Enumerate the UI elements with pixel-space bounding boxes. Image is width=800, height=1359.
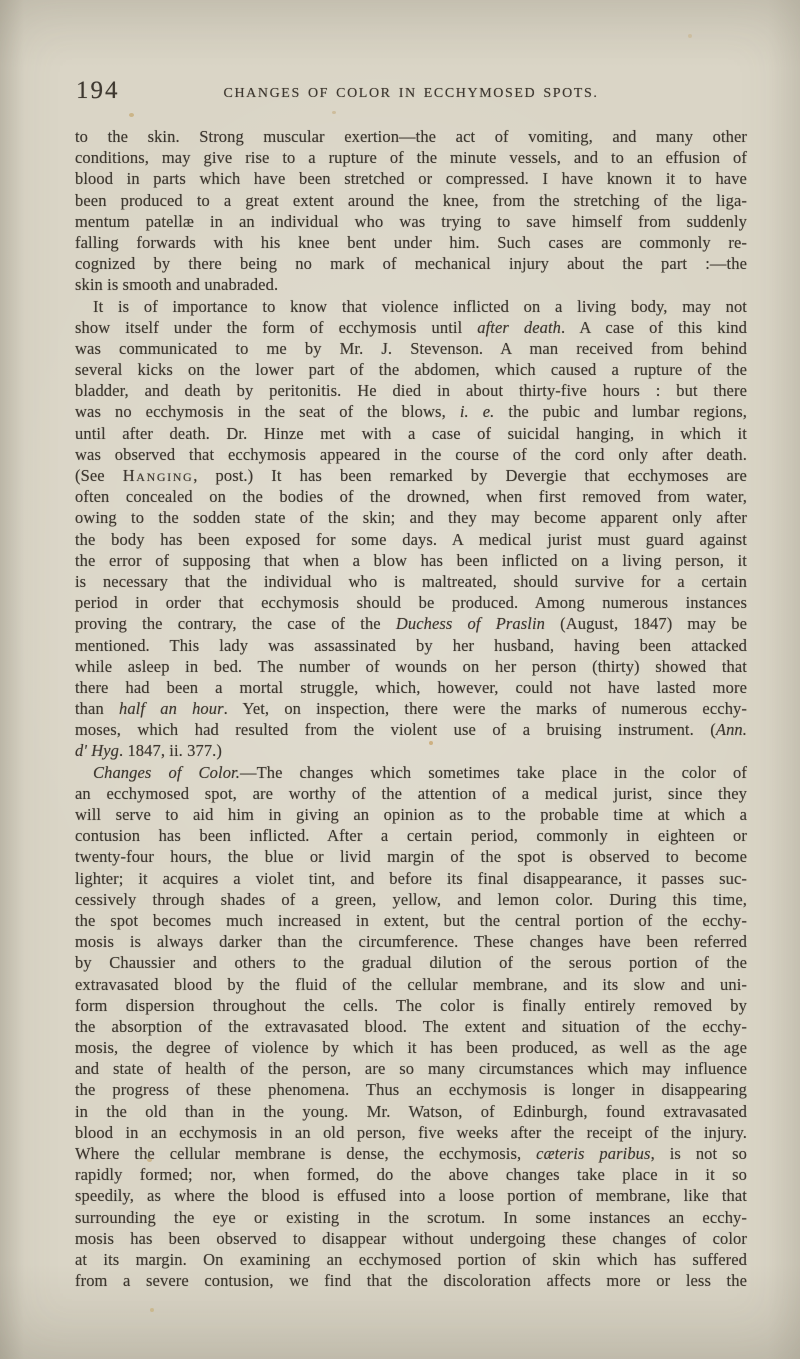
body-text: It is of importance to know that violenc… <box>93 297 747 316</box>
text-line: mosis, the degree of violence by which i… <box>75 1037 747 1058</box>
text-line: the progress of these phenomena. Thus an… <box>75 1079 747 1100</box>
italic-text: i. e. <box>460 402 495 421</box>
body-text: while asleep in bed. The number of wound… <box>75 657 747 676</box>
smallcaps-text: Hanging <box>123 466 193 485</box>
text-line: the error of supposing that when a blow … <box>75 550 747 571</box>
text-line: contusion has been inflicted. After a ce… <box>75 825 747 846</box>
text-line: the absorption of the extravasated blood… <box>75 1016 747 1037</box>
text-block: to the skin. Strong muscular exertion—th… <box>75 126 747 1291</box>
book-page: 194 CHANGES OF COLOR IN ECCHYMOSED SPOTS… <box>0 0 800 1359</box>
body-text: at its margin. On examining an ecchymose… <box>75 1250 747 1269</box>
body-text: (See <box>75 466 123 485</box>
text-line: bladder, and death by peritonitis. He di… <box>75 380 747 401</box>
text-line: extravasated blood by the fluid of the c… <box>75 974 747 995</box>
italic-text: Changes of Color. <box>93 763 240 782</box>
text-line: to the skin. Strong muscular exertion—th… <box>75 126 747 147</box>
text-line: blood in an ecchymosis in an old person,… <box>75 1122 747 1143</box>
paper-speck <box>332 111 336 114</box>
text-line: by Chaussier and others to the gradual d… <box>75 952 747 973</box>
body-text: the body has been exposed for some days.… <box>75 530 747 549</box>
text-line: often concealed on the bodies of the dro… <box>75 486 747 507</box>
body-text: conditions, may give rise to a rupture o… <box>75 148 747 167</box>
text-line: will serve to aid him in giving an opini… <box>75 804 747 825</box>
body-text: was observed that ecchymosis appeared in… <box>75 445 747 464</box>
paragraph: It is of importance to know that violenc… <box>75 296 747 762</box>
body-text: Where the cellular membrane is dense, th… <box>75 1144 536 1163</box>
body-text: will serve to aid him in giving an opini… <box>75 805 747 824</box>
text-line: Where the cellular membrane is dense, th… <box>75 1143 747 1164</box>
text-line: was communicated to me by Mr. J. Stevens… <box>75 338 747 359</box>
body-text: mentioned. This lady was assassinated by… <box>75 636 747 655</box>
text-line: cognized by there being no mark of mecha… <box>75 253 747 274</box>
body-text: period in order that ecchymosis should b… <box>75 593 747 612</box>
text-line: and state of health of the person, are s… <box>75 1058 747 1079</box>
italic-text: half an hour <box>119 699 224 718</box>
text-line: Changes of Color.—The changes which some… <box>75 762 747 783</box>
body-text: the error of supposing that when a blow … <box>75 551 747 570</box>
body-text: moses, which had resulted from the viole… <box>75 720 716 739</box>
body-text: an ecchymosed spot, are worthy of the at… <box>75 784 747 803</box>
text-line: speedily, as where the blood is effused … <box>75 1185 747 1206</box>
text-line: than half an hour. Yet, on inspection, t… <box>75 698 747 719</box>
italic-text: Duchess of Praslin <box>396 614 545 633</box>
body-text: the absorption of the extravasated blood… <box>75 1017 747 1036</box>
text-line: an ecchymosed spot, are worthy of the at… <box>75 783 747 804</box>
italic-text: Ann. <box>716 720 747 739</box>
text-line: been produced to a great extent around t… <box>75 190 747 211</box>
text-line: form dispersion throughout the cells. Th… <box>75 995 747 1016</box>
text-line: show itself under the form of ecchymosis… <box>75 317 747 338</box>
paragraph: to the skin. Strong muscular exertion—th… <box>75 126 747 296</box>
text-line: twenty-four hours, the blue or livid mar… <box>75 846 747 867</box>
body-text: often concealed on the bodies of the dro… <box>75 487 747 506</box>
text-line: was no ecchymosis in the seat of the blo… <box>75 401 747 422</box>
body-text: than <box>75 699 119 718</box>
text-line: mentum patellæ in an individual who was … <box>75 211 747 232</box>
text-line: rapidly formed; nor, when formed, do the… <box>75 1164 747 1185</box>
body-text: several kicks on the lower part of the a… <box>75 360 747 379</box>
body-text: blood in parts which have been stretched… <box>75 169 747 188</box>
text-line: conditions, may give rise to a rupture o… <box>75 147 747 168</box>
text-line: several kicks on the lower part of the a… <box>75 359 747 380</box>
paper-speck <box>688 34 692 38</box>
body-text: the pubic and lumbar regions, <box>494 402 747 421</box>
text-line: skin is smooth and unabraded. <box>75 274 747 295</box>
body-text: was no ecchymosis in the seat of the blo… <box>75 402 460 421</box>
text-line: at its margin. On examining an ecchymose… <box>75 1249 747 1270</box>
text-line: in the old than in the young. Mr. Watson… <box>75 1101 747 1122</box>
italic-text: d' Hyg <box>75 741 119 760</box>
body-text: —The changes which sometimes take place … <box>240 763 747 782</box>
body-text: mentum patellæ in an individual who was … <box>75 212 747 231</box>
text-line: mosis is always darker than the circumfe… <box>75 931 747 952</box>
italic-text: cæteris paribus <box>536 1144 650 1163</box>
body-text: falling forwards with his knee bent unde… <box>75 233 747 252</box>
text-line: falling forwards with his knee bent unde… <box>75 232 747 253</box>
text-line: there had been a mortal struggle, which,… <box>75 677 747 698</box>
body-text: show itself under the form of ecchymosis… <box>75 318 477 337</box>
text-line: until after death. Dr. Hinze met with a … <box>75 423 747 444</box>
body-text: from a severe contusion, we find that th… <box>75 1271 747 1290</box>
body-text: there had been a mortal struggle, which,… <box>75 678 747 697</box>
body-text: extravasated blood by the fluid of the c… <box>75 975 747 994</box>
text-line: surrounding the eye or existing in the s… <box>75 1207 747 1228</box>
body-text: cessively through shades of a green, yel… <box>75 890 747 909</box>
body-text: . Yet, on inspection, there were the mar… <box>224 699 747 718</box>
text-line: mosis has been observed to disappear wit… <box>75 1228 747 1249</box>
body-text: mosis, the degree of violence by which i… <box>75 1038 747 1057</box>
body-text: twenty-four hours, the blue or livid mar… <box>75 847 747 866</box>
text-line: lighter; it acquires a violet tint, and … <box>75 868 747 889</box>
body-text: in the old than in the young. Mr. Watson… <box>75 1102 747 1121</box>
body-text: cognized by there being no mark of mecha… <box>75 254 747 273</box>
body-text: rapidly formed; nor, when formed, do the… <box>75 1165 747 1184</box>
body-text: mosis has been observed to disappear wit… <box>75 1229 747 1248</box>
body-text: owing to the sodden state of the skin; a… <box>75 508 747 527</box>
body-text: . 1847, ii. 377.) <box>119 741 222 760</box>
body-text: the spot becomes much increased in exten… <box>75 911 747 930</box>
body-text: surrounding the eye or existing in the s… <box>75 1208 747 1227</box>
text-line: period in order that ecchymosis should b… <box>75 592 747 613</box>
text-line: was observed that ecchymosis appeared in… <box>75 444 747 465</box>
body-text: , post.) It has been remarked by Devergi… <box>193 466 747 485</box>
text-line: from a severe contusion, we find that th… <box>75 1270 747 1291</box>
body-text: skin is smooth and unabraded. <box>75 275 278 294</box>
body-text: lighter; it acquires a violet tint, and … <box>75 869 747 888</box>
running-head: CHANGES OF COLOR IN ECCHYMOSED SPOTS. <box>75 87 747 101</box>
body-text: mosis is always darker than the circumfe… <box>75 932 747 951</box>
paragraph: Changes of Color.—The changes which some… <box>75 762 747 1292</box>
text-line: is necessary that the individual who is … <box>75 571 747 592</box>
body-text: , is not so <box>651 1144 747 1163</box>
text-line: cessively through shades of a green, yel… <box>75 889 747 910</box>
body-text: the progress of these phenomena. Thus an… <box>75 1080 747 1099</box>
body-text: proving the contrary, the case of the <box>75 614 396 633</box>
paper-speck <box>129 113 134 117</box>
body-text: and state of health of the person, are s… <box>75 1059 747 1078</box>
text-line: It is of importance to know that violenc… <box>75 296 747 317</box>
body-text: was communicated to me by Mr. J. Stevens… <box>75 339 747 358</box>
body-text: bladder, and death by peritonitis. He di… <box>75 381 747 400</box>
text-line: the body has been exposed for some days.… <box>75 529 747 550</box>
text-line: (See Hanging, post.) It has been remarke… <box>75 465 747 486</box>
body-text: (August, 1847) may be <box>545 614 747 633</box>
text-line: owing to the sodden state of the skin; a… <box>75 507 747 528</box>
text-line: while asleep in bed. The number of wound… <box>75 656 747 677</box>
body-text: been produced to a great extent around t… <box>75 191 747 210</box>
body-text: is necessary that the individual who is … <box>75 572 747 591</box>
body-text: speedily, as where the blood is effused … <box>75 1186 747 1205</box>
text-line: mentioned. This lady was assassinated by… <box>75 635 747 656</box>
body-text: contusion has been inflicted. After a ce… <box>75 826 747 845</box>
body-text: to the skin. Strong muscular exertion—th… <box>75 127 747 146</box>
body-text: . A case of this kind <box>561 318 747 337</box>
italic-text: after death <box>477 318 561 337</box>
body-text: form dispersion throughout the cells. Th… <box>75 996 747 1015</box>
text-line: moses, which had resulted from the viole… <box>75 719 747 740</box>
text-line: blood in parts which have been stretched… <box>75 168 747 189</box>
body-text: until after death. Dr. Hinze met with a … <box>75 424 747 443</box>
paper-speck <box>150 1308 154 1312</box>
body-text: by Chaussier and others to the gradual d… <box>75 953 747 972</box>
text-line: proving the contrary, the case of the Du… <box>75 613 747 634</box>
text-line: d' Hyg. 1847, ii. 377.) <box>75 740 747 761</box>
text-line: the spot becomes much increased in exten… <box>75 910 747 931</box>
body-text: blood in an ecchymosis in an old person,… <box>75 1123 747 1142</box>
